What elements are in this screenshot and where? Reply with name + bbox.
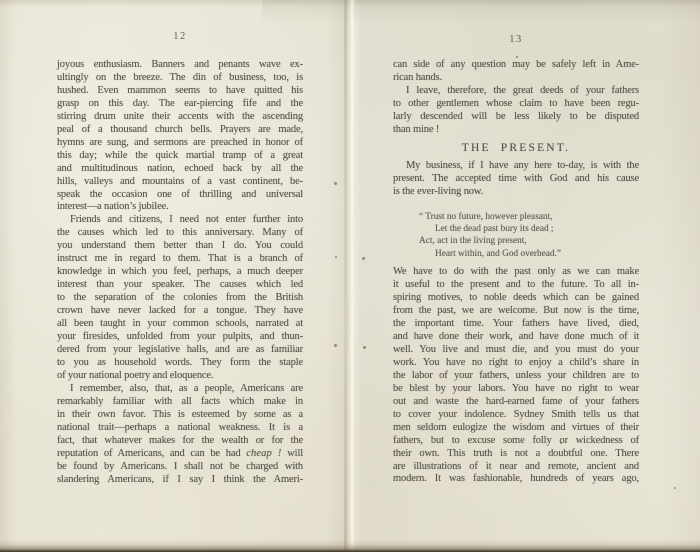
poem-block: “ Trust no future, however pleasant,Let … — [419, 211, 639, 261]
text-line: slandering Americans, if I say I think t… — [57, 474, 303, 487]
text-line: knowledge in which you feel, perhaps, a … — [57, 266, 303, 279]
text-line: hills, valleys and mountains of a vast c… — [57, 176, 303, 189]
text-line: in their own favor. This is esteemed by … — [57, 409, 303, 422]
text-line: present. The accepted time with God and … — [393, 173, 639, 186]
text-line: rican hands. — [393, 72, 639, 85]
text-line: the labor of your fathers, unless your c… — [393, 370, 639, 383]
right-page: 13 can side of any question may be safel… — [393, 0, 639, 552]
text-line: peal of a thousand church bells. Prayers… — [57, 124, 303, 137]
text-line: this day; while the quick martial tramp … — [57, 150, 303, 163]
text-line: hymns are sung, and sermons are preached… — [57, 137, 303, 150]
left-page: 12 joyous enthusiasm. Banners and penant… — [57, 0, 303, 552]
text-line: fact, that whatever makes for the wealth… — [57, 435, 303, 448]
page-number-left: 12 — [57, 31, 303, 42]
right-page-text: can side of any question may be safely l… — [393, 59, 639, 486]
text-line: your firesides, unfolded from your pulpi… — [57, 331, 303, 344]
poem-line: Let the dead past bury its dead ; — [435, 223, 639, 235]
text-line: larly descended will be less likely to b… — [393, 111, 639, 124]
text-line: national trait—perhaps a national weakne… — [57, 422, 303, 435]
text-line: I leave, therefore, the great deeds of y… — [393, 85, 639, 98]
gutter-crease-shadow — [344, 0, 347, 552]
paper-speck — [560, 442, 562, 444]
text-line: We have to do with the past only as we c… — [393, 266, 639, 279]
text-line: grasp on this day. The ear-piercing fife… — [57, 98, 303, 111]
text-line: out and waste the hard-earned fame of yo… — [393, 396, 639, 409]
text-line: and have done their work, and have done … — [393, 331, 639, 344]
text-line: to cover your indolence. Sydney Smith te… — [393, 409, 639, 422]
text-line: spiring motives, to noble deeds which ca… — [393, 292, 639, 305]
text-line: of your national poetry and eloquence. — [57, 370, 303, 383]
paper-speck — [335, 256, 337, 258]
text-line: fathers, but to excuse some folly or wic… — [393, 435, 639, 448]
text-line: dered from your legislative halls, and a… — [57, 344, 303, 357]
text-line: their own. This truth is not a doubtful … — [393, 448, 639, 461]
text-line: can side of any question may be safely l… — [393, 59, 639, 72]
text-line: you understand them better than I do. Yo… — [57, 240, 303, 253]
text-line: stirring drum unite their accents with t… — [57, 111, 303, 124]
poem-line: Heart within, and God overhead.” — [435, 248, 639, 260]
paper-speck — [363, 346, 366, 349]
paper-speck — [334, 182, 337, 185]
paragraph: My business, if I have any here to-day, … — [393, 160, 639, 199]
text-line: to the separation of the colonies from t… — [57, 292, 303, 305]
text-line: crown have never lacked for a tongue. Th… — [57, 305, 303, 318]
text-line: the causes which led to this anniversary… — [57, 227, 303, 240]
text-line: speak the occasion one of thrilling and … — [57, 189, 303, 202]
paragraph: joyous enthusiasm. Banners and penants w… — [57, 59, 303, 214]
gutter-crease-highlight — [350, 0, 354, 552]
text-line: work. You have no right to enjoy a child… — [393, 357, 639, 370]
text-line: modern. It was fashionable, hundreds of … — [393, 473, 639, 486]
text-line: I remember, also, that, as a people, Ame… — [57, 383, 303, 396]
poem-line: Act, act in the living present, — [419, 235, 639, 247]
text-line: hushed. Even mammon seems to have quitte… — [57, 85, 303, 98]
text-line: be found by Americans. I shall not be ch… — [57, 461, 303, 474]
paper-speck — [674, 487, 676, 489]
text-line: ultingly on the breeze. The din of busin… — [57, 72, 303, 85]
text-line: well. You live and must die, and you mus… — [393, 344, 639, 357]
left-page-text: joyous enthusiasm. Banners and penants w… — [57, 59, 303, 486]
text-line: Friends and citizens, I need not enter f… — [57, 214, 303, 227]
text-line: to other gentlemen whose claim to have b… — [393, 98, 639, 111]
text-line: be blest by your labors. You have no rig… — [393, 383, 639, 396]
text-line: interest than your speaker. The causes w… — [57, 279, 303, 292]
text-line: reputation of Americans, and can be had … — [57, 448, 303, 461]
book-scan-surface: 12 joyous enthusiasm. Banners and penant… — [0, 0, 700, 552]
paper-speck — [362, 257, 365, 260]
page-number-right: 13 — [393, 34, 639, 45]
text-line: joyous enthusiasm. Banners and penants w… — [57, 59, 303, 72]
text-line: instruct me in regard to them. That is a… — [57, 253, 303, 266]
text-line: it useful to the present and to the futu… — [393, 279, 639, 292]
poem-line: “ Trust no future, however pleasant, — [419, 211, 639, 223]
text-line: than mine ! — [393, 124, 639, 137]
section-heading: THE PRESENT. — [393, 141, 639, 155]
text-line: and multitudinous nation, echoed back by… — [57, 163, 303, 176]
text-line: the important time. Your fathers have li… — [393, 318, 639, 331]
paragraph: Friends and citizens, I need not enter f… — [57, 214, 303, 382]
paragraph: can side of any question may be safely l… — [393, 59, 639, 85]
paragraph: I remember, also, that, as a people, Ame… — [57, 383, 303, 487]
text-line: interest—a nation’s jubilee. — [57, 201, 303, 214]
text-line: from the past, we are welcome. But now i… — [393, 305, 639, 318]
text-line: My business, if I have any here to-day, … — [393, 160, 639, 173]
text-line: all been taught in your common schools, … — [57, 318, 303, 331]
text-line: are illustrations of it near and remote,… — [393, 461, 639, 474]
text-line: is the ever-living now. — [393, 186, 639, 199]
paragraph: I leave, therefore, the great deeds of y… — [393, 85, 639, 137]
paper-speck — [334, 344, 337, 347]
paper-speck — [516, 56, 518, 58]
text-line: to you as household words. They form the… — [57, 357, 303, 370]
paragraph: We have to do with the past only as we c… — [393, 266, 639, 486]
text-line: men seldom eulogize the wisdom and virtu… — [393, 422, 639, 435]
text-line: remarkably familiar with all facts which… — [57, 396, 303, 409]
